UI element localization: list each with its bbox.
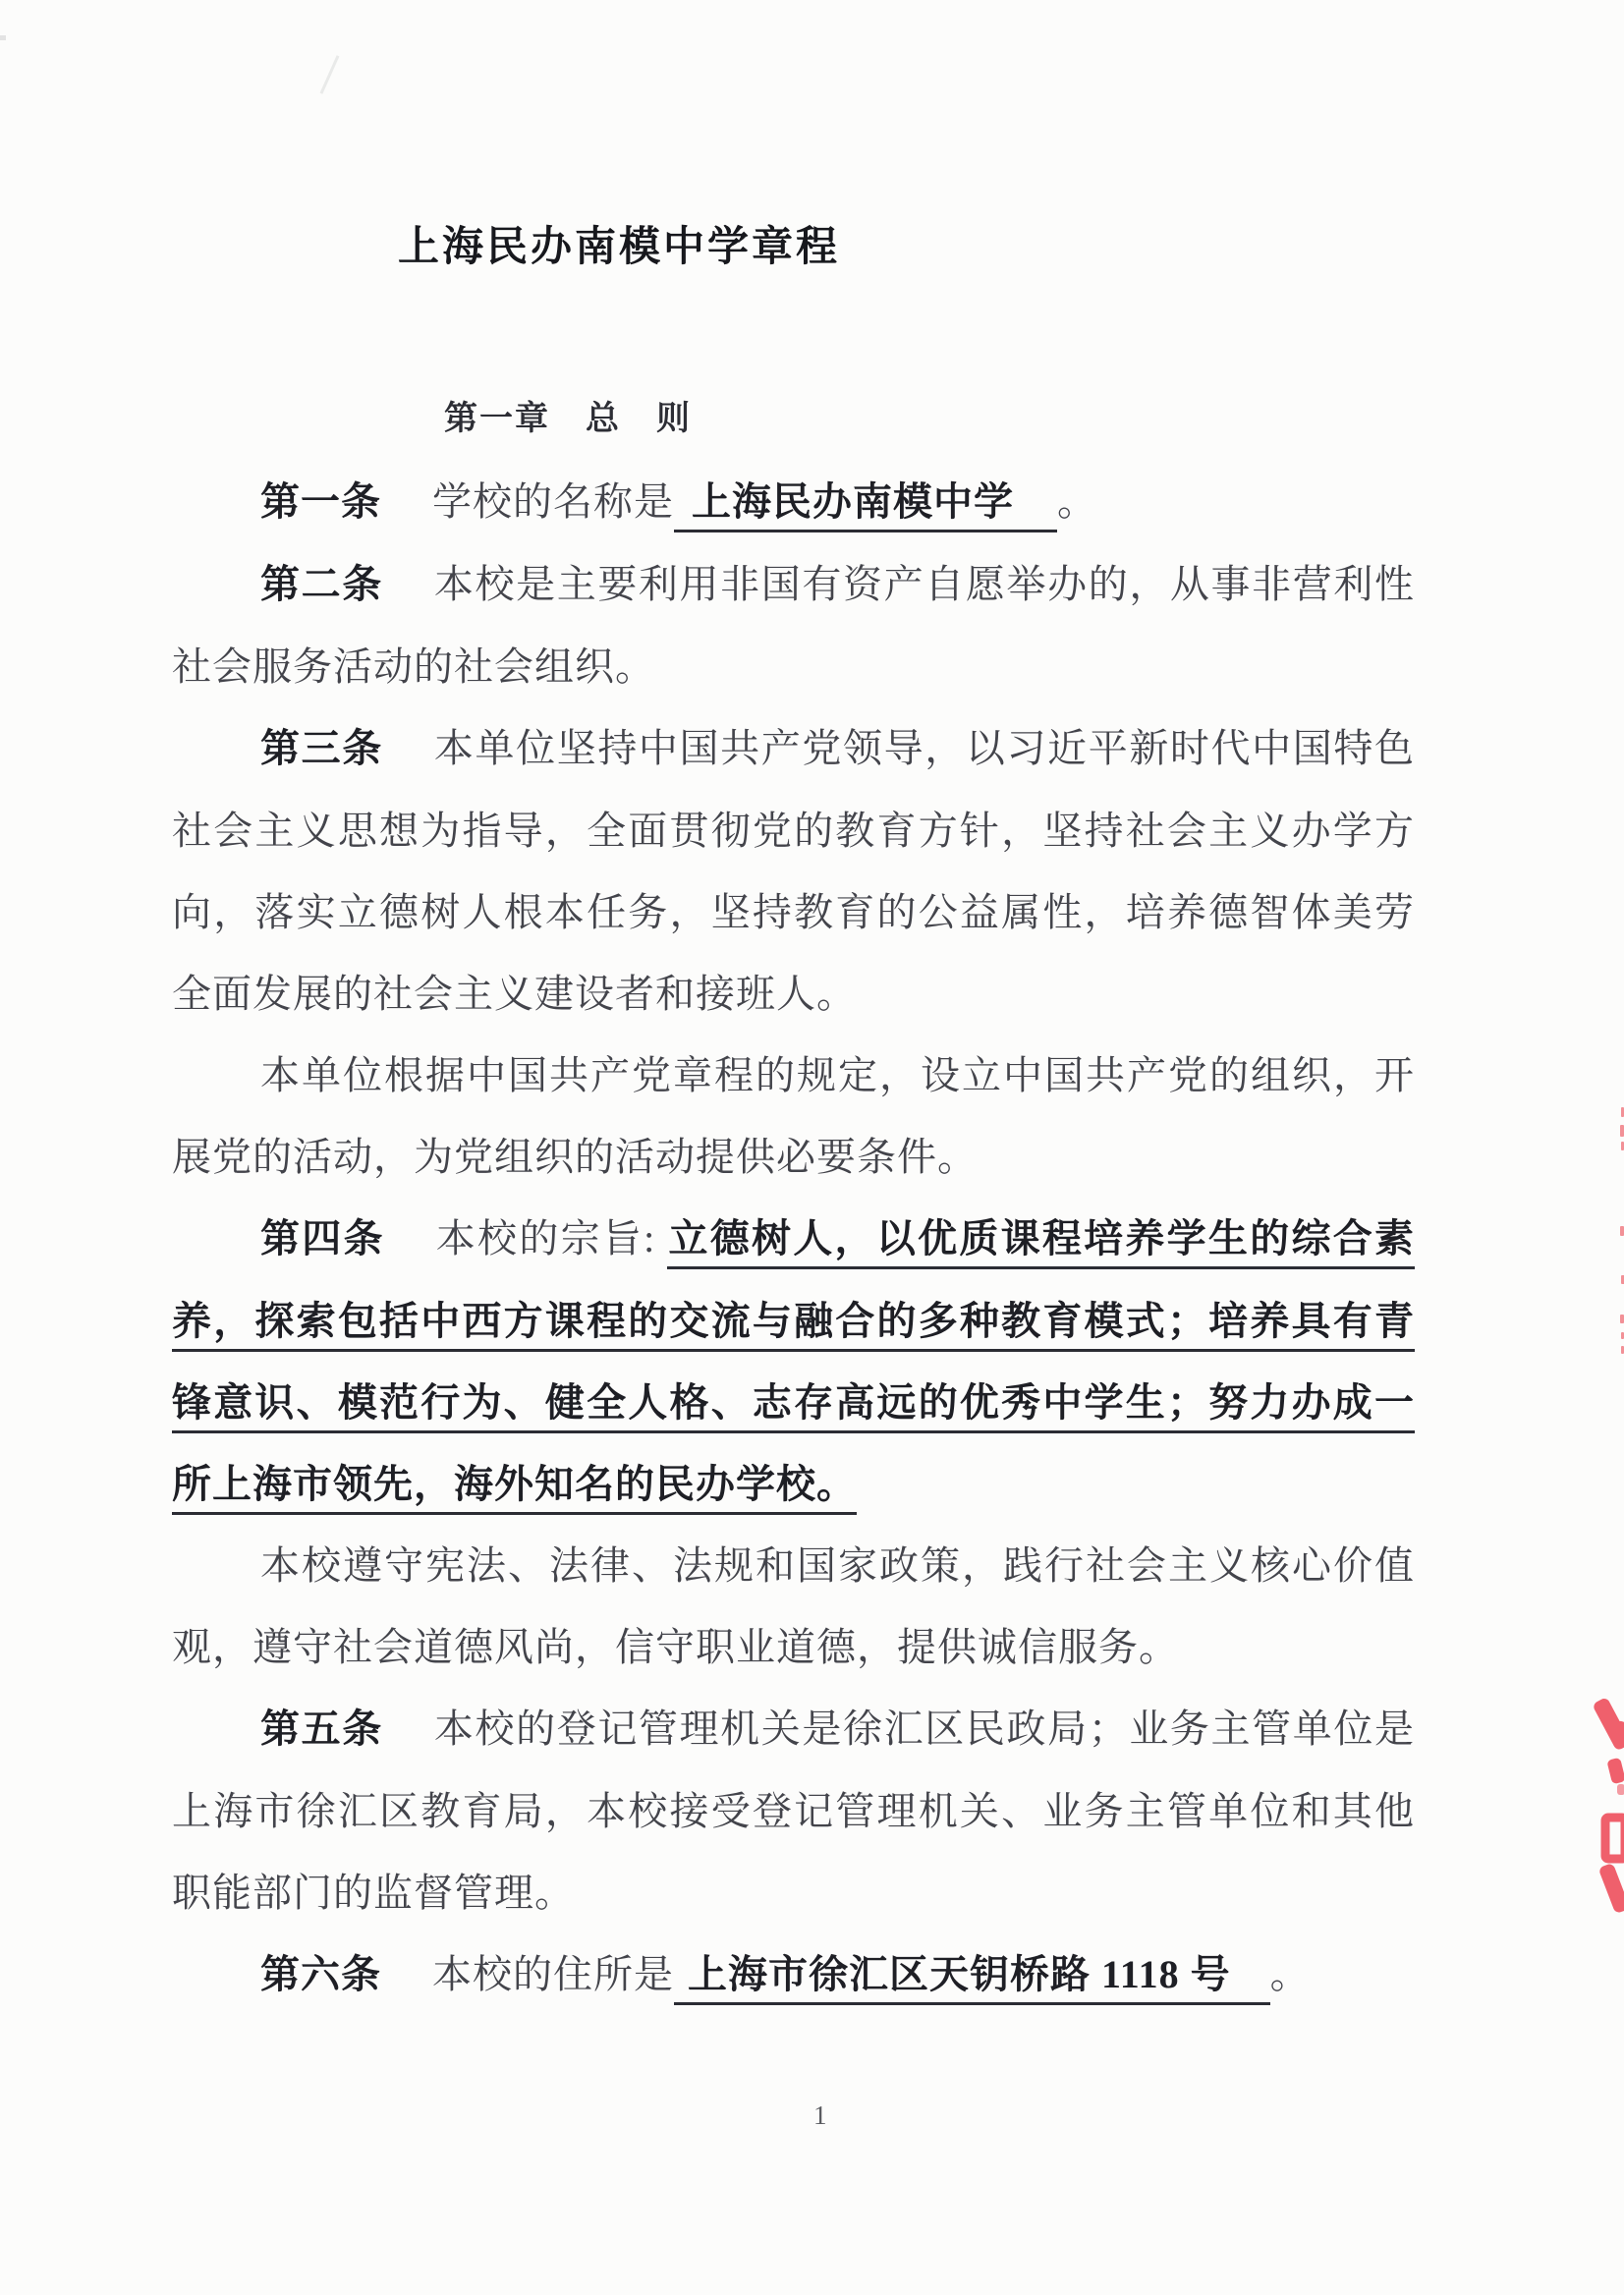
red-seal-fragment — [1580, 1081, 1624, 1926]
article-4-paragraph-2: 本校遵守宪法、法律、法规和国家政策，践行社会主义核心价值观，遵守社会道德风尚，信… — [172, 1525, 1415, 1688]
article-2: 第二条本校是主要利用非国有资产自愿举办的，从事非营利性社会服务活动的社会组织。 — [172, 543, 1415, 707]
article-4-paragraph-2-text: 本校遵守宪法、法律、法规和国家政策，践行社会主义核心价值观，遵守社会道德风尚，信… — [172, 1543, 1415, 1669]
article-4: 第四条本校的宗旨:立德树人，以优质课程培养学生的综合素养，探索包括中西方课程的交… — [172, 1198, 1415, 1525]
article-3-number: 第三条 — [260, 727, 383, 770]
article-3: 第三条本单位坚持中国共产党领导，以习近平新时代中国特色社会主义思想为指导，全面贯… — [172, 707, 1415, 1035]
article-6-tail: 。 — [1270, 1952, 1311, 1996]
article-1-filled-blank: 上海民办南模中学 — [674, 479, 1057, 532]
article-6-number: 第六条 — [260, 1953, 381, 1996]
article-3-paragraph-2: 本单位根据中国共产党章程的规定，设立中国共产党的组织，开展党的活动，为党组织的活… — [172, 1035, 1415, 1198]
article-1-number: 第一条 — [260, 480, 381, 524]
chapter-heading: 第一章 总 则 — [0, 391, 1136, 439]
scan-scratch-mark — [320, 55, 340, 94]
article-1: 第一条学校的名称是上海民办南模中学。 — [172, 461, 1415, 543]
article-5: 第五条本校的登记管理机关是徐汇区民政局；业务主管单位是上海市徐汇区教育局，本校接… — [172, 1688, 1415, 1933]
article-6-filled-blank: 上海市徐汇区天钥桥路 1118 号 — [674, 1952, 1270, 2005]
document-body: 第一条学校的名称是上海民办南模中学。 第二条本校是主要利用非国有资产自愿举办的，… — [172, 461, 1415, 2016]
article-5-number: 第五条 — [260, 1707, 383, 1751]
article-3-paragraph-2-text: 本单位根据中国共产党章程的规定，设立中国共产党的组织，开展党的活动，为党组织的活… — [172, 1053, 1415, 1179]
article-2-number: 第二条 — [260, 563, 383, 606]
document-page: 上海民办南模中学章程 第一章 总 则 第一条学校的名称是上海民办南模中学。 第二… — [0, 0, 1624, 2295]
scan-edge-speck — [0, 35, 6, 40]
document-title: 上海民办南模中学章程 — [0, 214, 1238, 273]
article-1-tail: 。 — [1057, 479, 1097, 524]
red-seal-marks — [1580, 1081, 1624, 1926]
article-4-underlined-text: 立德树人，以优质课程培养学生的综合素养，探索包括中西方课程的交流与融合的多种教育… — [172, 1216, 1415, 1515]
article-4-number: 第四条 — [260, 1217, 385, 1260]
article-6: 第六条本校的住所是上海市徐汇区天钥桥路 1118 号。 — [172, 1933, 1415, 2016]
seal-speck-group — [1620, 1107, 1624, 1354]
article-1-text: 学校的名称是 — [432, 479, 674, 524]
page-number: 1 — [813, 2100, 827, 2131]
article-6-text: 本校的住所是 — [432, 1952, 674, 1996]
seal-stroke-group — [1592, 1697, 1624, 1914]
article-4-lead: 本校的宗旨: — [436, 1216, 655, 1260]
